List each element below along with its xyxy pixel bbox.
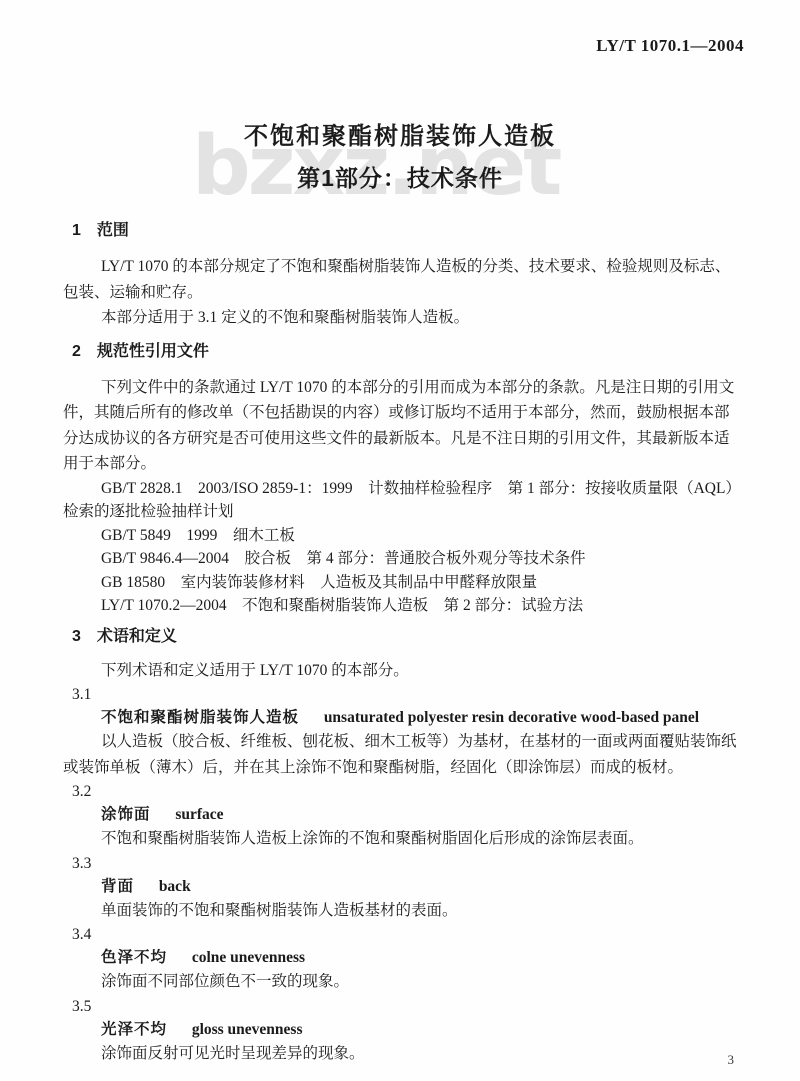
term-definition: 涂饰面不同部位颜色不一致的现象。 xyxy=(63,969,743,995)
term-english: colne unevenness xyxy=(192,949,305,966)
term-entry: 3.5 光泽不均gloss unevenness 涂饰面反射可见光时呈现差异的现… xyxy=(63,995,743,1067)
term-definition: 以人造板（胶合板、纤维板、刨花板、细木工板等）为基材，在基材的一面或两面覆贴装饰… xyxy=(63,729,743,780)
term-entry: 3.4 色泽不均colne unevenness 涂饰面不同部位颜色不一致的现象… xyxy=(63,923,743,995)
term-entry: 3.2 涂饰面surface 不饱和聚酯树脂装饰人造板上涂饰的不饱和聚酯树脂固化… xyxy=(63,780,743,852)
term-entry: 3.1 不饱和聚酯树脂装饰人造板unsaturated polyester re… xyxy=(63,683,743,780)
term-english: back xyxy=(159,878,191,895)
term-number: 3.4 xyxy=(63,923,743,946)
terms-intro: 下列术语和定义适用于 LY/T 1070 的本部分。 xyxy=(63,658,743,684)
term-definition: 单面装饰的不饱和聚酯树脂装饰人造板基材的表面。 xyxy=(63,898,743,924)
references-intro: 下列文件中的条款通过 LY/T 1070 的本部分的引用而成为本部分的条款。凡是… xyxy=(63,375,743,477)
reference-item: GB 18580 室内装饰装修材料 人造板及其制品中甲醛释放限量 xyxy=(63,571,743,595)
reference-item: GB/T 9846.4—2004 胶合板 第 4 部分：普通胶合板外观分等技术条… xyxy=(63,547,743,571)
document-page: bzxz.net LY/T 1070.1—2004 不饱和聚酯树脂装饰人造板 第… xyxy=(0,0,800,1081)
term-number: 3.1 xyxy=(63,683,743,706)
section-1-heading: 1 范围 xyxy=(63,220,743,242)
term-title: 色泽不均colne unevenness xyxy=(63,946,743,969)
term-number: 3.3 xyxy=(63,852,743,875)
term-number: 3.2 xyxy=(63,780,743,803)
term-english: surface xyxy=(175,806,223,823)
term-chinese: 不饱和聚酯树脂装饰人造板 xyxy=(101,709,299,726)
section-3-heading: 3 术语和定义 xyxy=(63,626,743,648)
reference-item: LY/T 1070.2—2004 不饱和聚酯树脂装饰人造板 第 2 部分：试验方… xyxy=(63,594,743,618)
reference-item: GB/T 5849 1999 细木工板 xyxy=(63,524,743,548)
scope-paragraph-2: 本部分适用于 3.1 定义的不饱和聚酯树脂装饰人造板。 xyxy=(63,305,743,331)
term-title: 涂饰面surface xyxy=(63,803,743,826)
section-2-heading: 2 规范性引用文件 xyxy=(63,341,743,363)
term-english: unsaturated polyester resin decorative w… xyxy=(324,709,699,726)
scope-paragraph-1: LY/T 1070 的本部分规定了不饱和聚酯树脂装饰人造板的分类、技术要求、检验… xyxy=(63,254,743,305)
term-definition: 涂饰面反射可见光时呈现差异的现象。 xyxy=(63,1041,743,1067)
term-chinese: 色泽不均 xyxy=(101,949,167,966)
term-title: 不饱和聚酯树脂装饰人造板unsaturated polyester resin … xyxy=(63,706,743,729)
term-chinese: 背面 xyxy=(101,878,134,895)
term-title: 背面back xyxy=(63,875,743,898)
term-entry: 3.3 背面back 单面装饰的不饱和聚酯树脂装饰人造板基材的表面。 xyxy=(63,852,743,924)
term-title: 光泽不均gloss unevenness xyxy=(63,1018,743,1041)
document-title-block: 不饱和聚酯树脂装饰人造板 第1部分：技术条件 xyxy=(0,116,800,193)
term-chinese: 光泽不均 xyxy=(101,1021,167,1038)
reference-item: GB/T 2828.1 2003/ISO 2859-1：1999 计数抽样检验程… xyxy=(63,477,743,524)
document-body: 1 范围 LY/T 1070 的本部分规定了不饱和聚酯树脂装饰人造板的分类、技术… xyxy=(63,220,743,1066)
term-definition: 不饱和聚酯树脂装饰人造板上涂饰的不饱和聚酯树脂固化后形成的涂饰层表面。 xyxy=(63,826,743,852)
document-title: 不饱和聚酯树脂装饰人造板 xyxy=(0,116,800,151)
standard-code: LY/T 1070.1—2004 xyxy=(596,36,744,56)
term-number: 3.5 xyxy=(63,995,743,1018)
term-english: gloss unevenness xyxy=(192,1021,303,1038)
term-chinese: 涂饰面 xyxy=(101,806,151,823)
page-number: 3 xyxy=(728,1052,735,1068)
document-subtitle: 第1部分：技术条件 xyxy=(0,160,800,193)
